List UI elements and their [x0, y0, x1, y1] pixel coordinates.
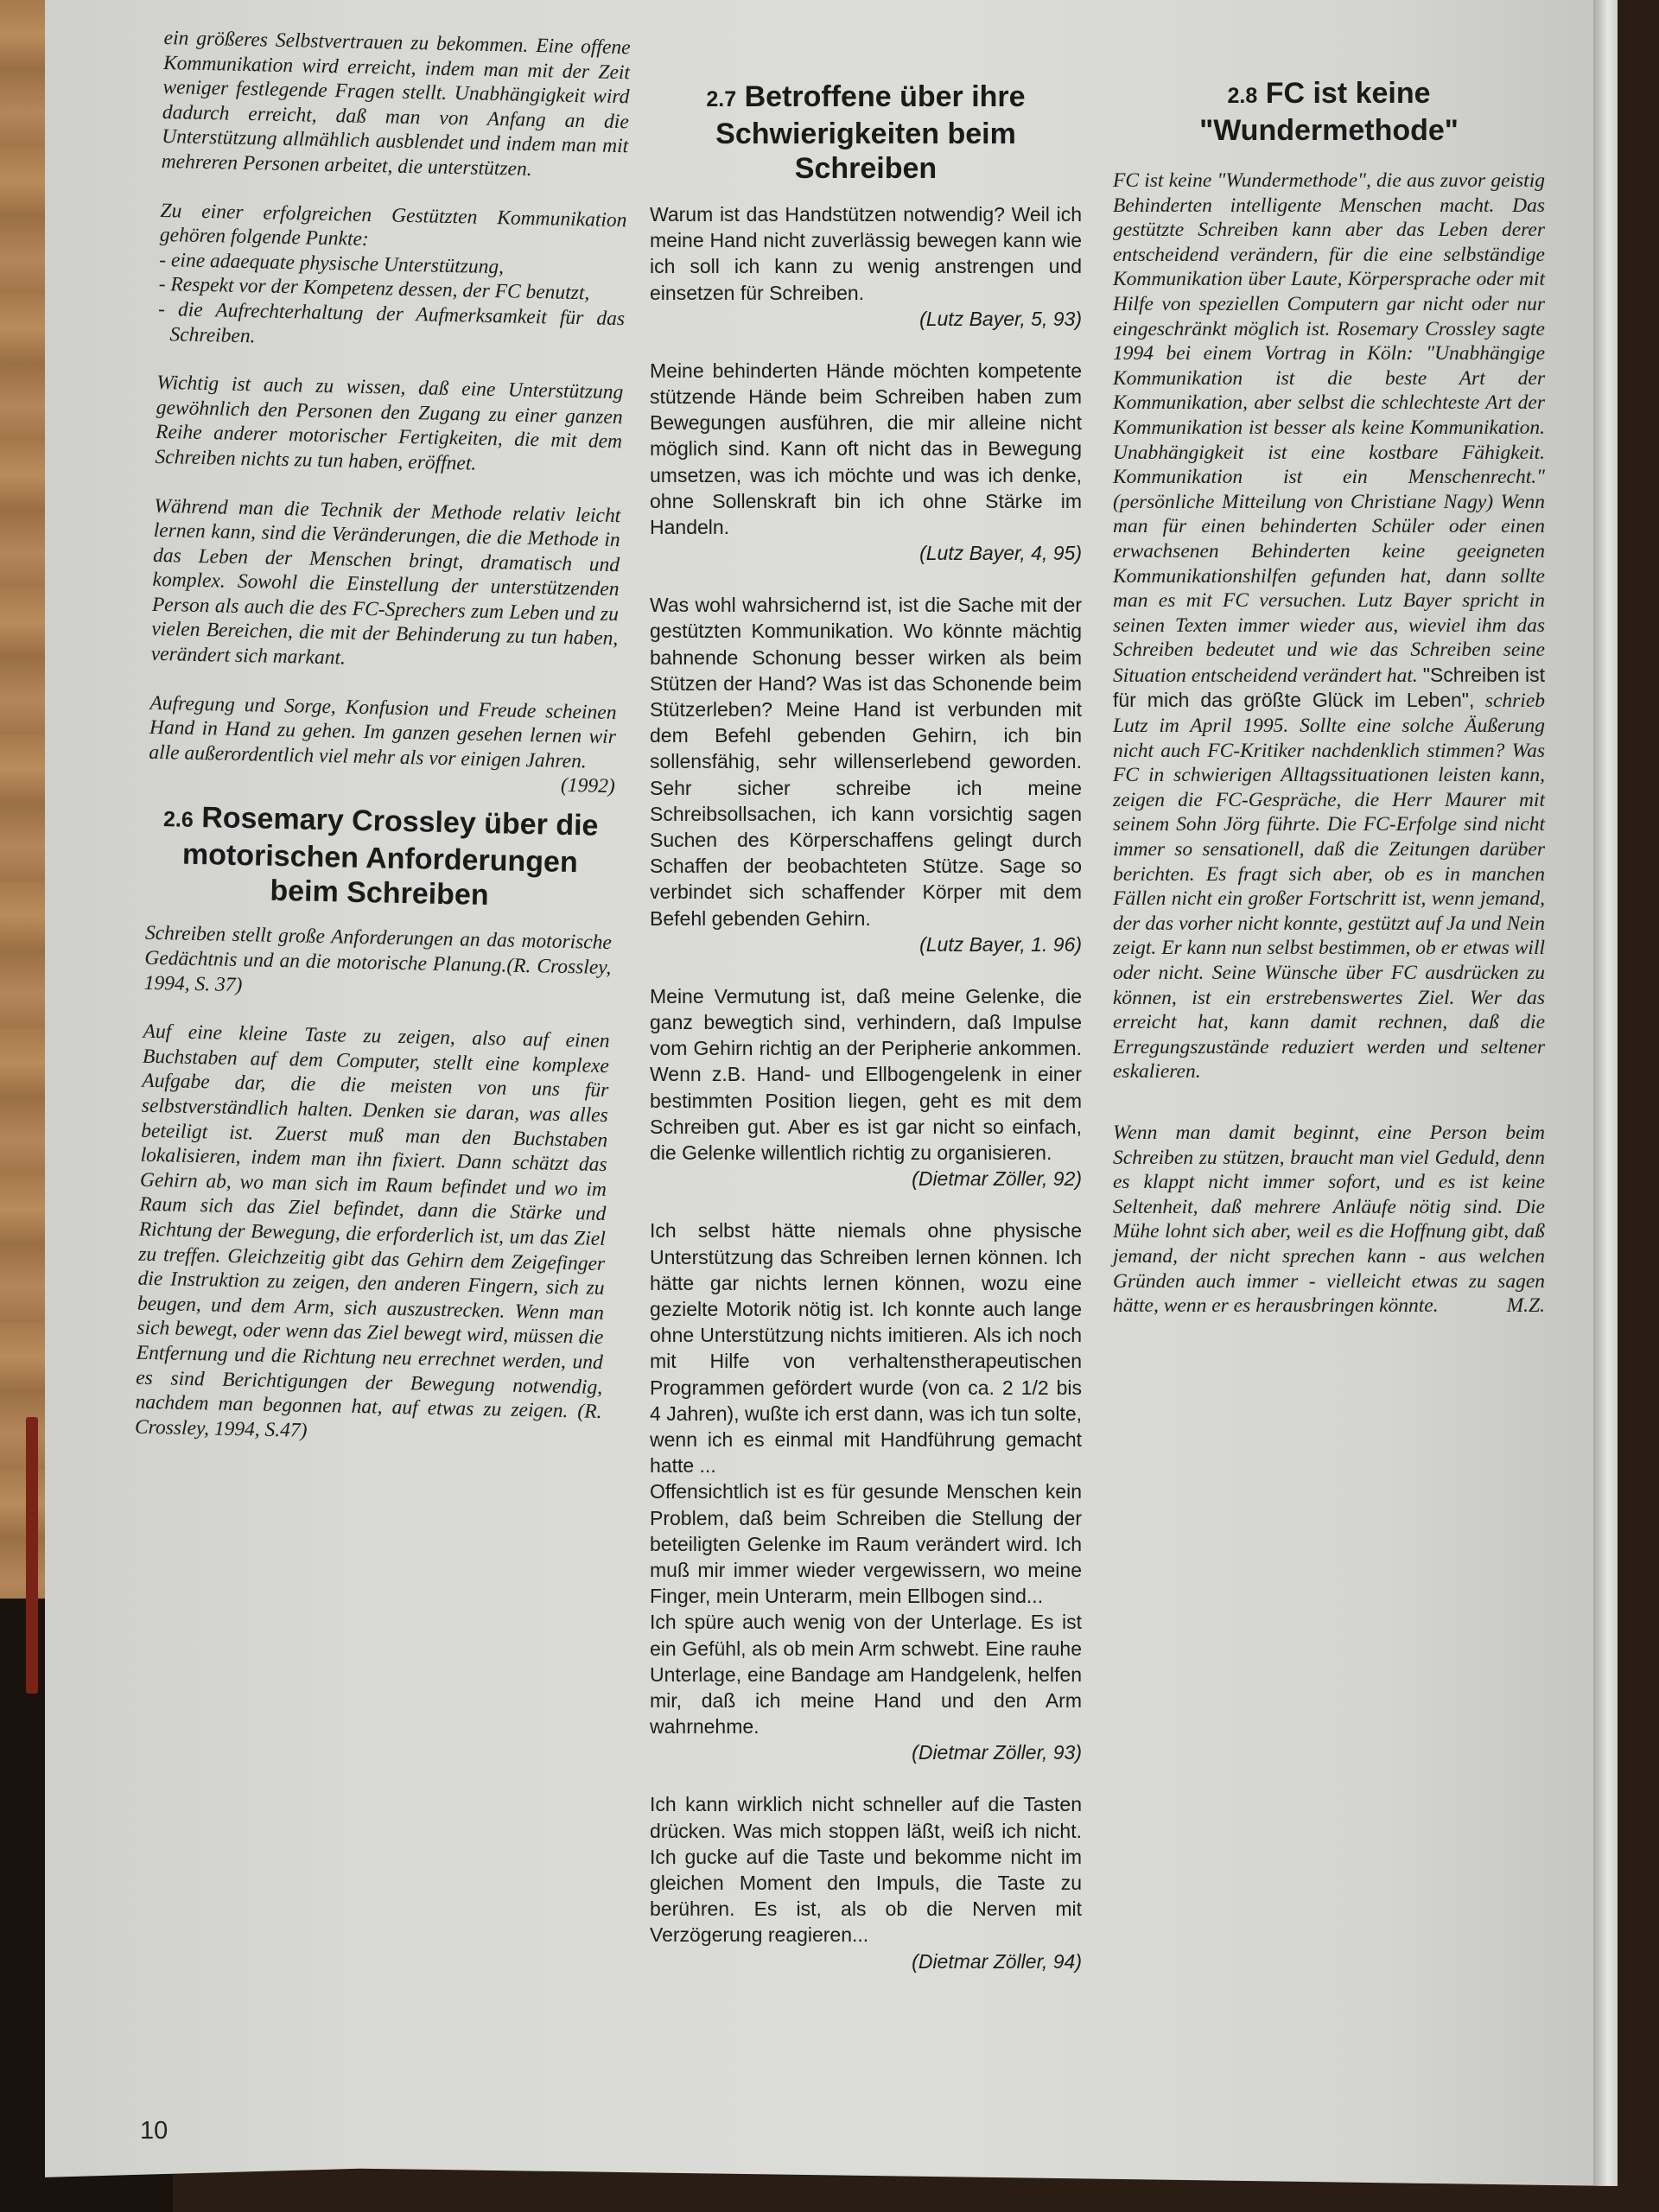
quote-citation: (Dietmar Zöller, 93) [650, 1739, 1082, 1765]
quote-text: Meine Vermutung ist, daß meine Gelenke, … [650, 983, 1082, 1166]
quote-text: Ich selbst hätte niemals ohne physische … [650, 1217, 1082, 1478]
quote-text: Ich kann wirklich nicht schneller auf di… [650, 1791, 1082, 1948]
paragraph-aufregung: Aufregung und Sorge, Konfusion und Freud… [149, 690, 617, 774]
section-heading-2-7: 2.7 Betroffene über ihre Schwierigkeiten… [650, 79, 1082, 186]
paragraph-waehrend: Während man die Technik der Methode rela… [150, 493, 620, 676]
middle-column: 2.7 Betroffene über ihre Schwierigkeiten… [650, 79, 1082, 2000]
quote-text: Warum ist das Handstützen notwendig? Wei… [650, 201, 1082, 306]
quote-text-continued: Ich spüre auch wenig von der Unterlage. … [650, 1609, 1082, 1739]
left-column: ein größeres Selbstvertrauen zu bekommen… [134, 26, 631, 1473]
page-fold-edge [1593, 0, 1618, 2212]
section-title: Rosemary Crossley über die motorischen A… [182, 802, 599, 912]
paragraph-text-continued: schrieb Lutz im April 1995. Sollte eine … [1113, 690, 1545, 1083]
intro-paragraph: ein größeres Selbstvertrauen zu bekommen… [161, 26, 630, 184]
section-heading-2-8: 2.8 FC ist keine "Wundermethode" [1113, 76, 1545, 148]
paragraph-text: FC ist keine "Wundermethode", die aus zu… [1113, 169, 1545, 687]
year-citation: (1992) [561, 773, 615, 799]
list-item: - die Aufrechterhaltung der Aufmerksamke… [157, 297, 625, 356]
magazine-cover-edge [26, 1417, 38, 1694]
right-column: 2.8 FC ist keine "Wundermethode" FC ist … [1113, 76, 1545, 1343]
paragraph-wichtig: Wichtig ist auch zu wissen, daß eine Unt… [155, 371, 623, 480]
points-block: Zu einer erfolgreichen Gestützten Kommun… [157, 199, 626, 357]
paragraph-text: Wenn man damit beginnt, eine Person beim… [1113, 1122, 1545, 1317]
crossley-paragraph-1: Schreiben stellt große Anforderungen an … [143, 921, 612, 1005]
section-title: Betroffene über ihre Schwierigkeiten bei… [715, 80, 1025, 185]
quote-citation: (Lutz Bayer, 5, 93) [650, 306, 1082, 332]
crossley-paragraph-2: Auf eine kleine Taste zu zeigen, also au… [135, 1020, 610, 1449]
quote-text: Meine behinderten Hände möchten kompeten… [650, 358, 1082, 540]
wundermethode-paragraph: FC ist keine "Wundermethode", die aus zu… [1113, 168, 1545, 1084]
quote-citation: (Lutz Bayer, 4, 95) [650, 540, 1082, 566]
section-heading-2-6: 2.6 Rosemary Crossley über die motorisch… [146, 799, 614, 915]
quote-citation: (Dietmar Zöller, 92) [650, 1166, 1082, 1192]
quote-citation: (Dietmar Zöller, 94) [650, 1948, 1082, 1974]
geduld-paragraph: Wenn man damit beginnt, eine Person beim… [1113, 1121, 1545, 1319]
quote-citation: (Lutz Bayer, 1. 96) [650, 931, 1082, 957]
section-number: 2.7 [706, 87, 736, 111]
section-number: 2.6 [163, 808, 194, 833]
page-number: 10 [140, 2117, 168, 2145]
author-signature: M.Z. [1507, 1294, 1545, 1319]
quote-text-continued: Offensichtlich ist es für gesunde Mensch… [650, 1478, 1082, 1609]
section-number: 2.8 [1227, 84, 1257, 108]
quote-text: Was wohl wahrsichernd ist, ist die Sache… [650, 592, 1082, 931]
points-list: - eine adaequate physische Unterstützung… [157, 248, 626, 357]
paragraph-aufregung-text: Aufregung und Sorge, Konfusion und Freud… [149, 691, 617, 772]
